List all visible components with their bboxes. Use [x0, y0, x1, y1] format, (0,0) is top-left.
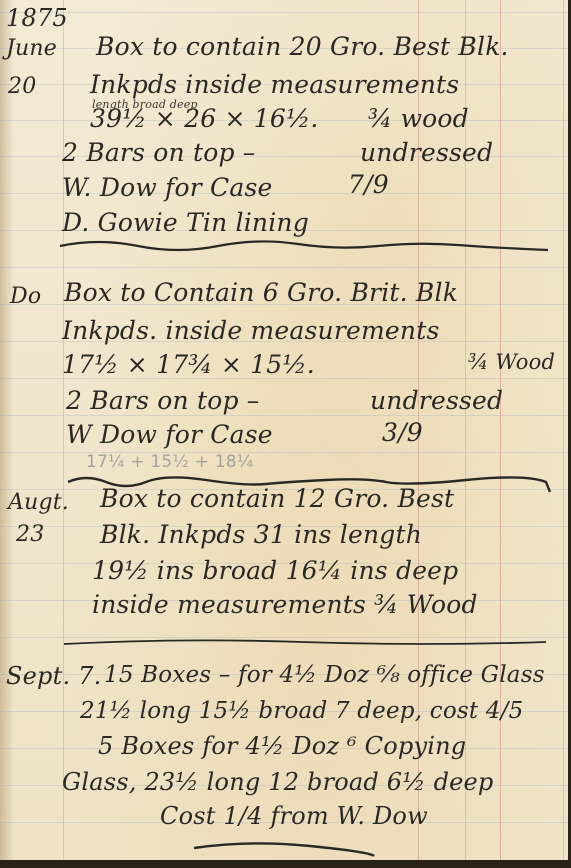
money-column-rule — [500, 0, 501, 860]
entry-separator — [58, 236, 558, 256]
entry-date: Sept. 7. — [6, 662, 101, 690]
ruled-line — [0, 267, 568, 268]
entry-line: 39½ × 26 × 16½. — [90, 104, 319, 133]
ruled-line — [0, 12, 568, 13]
entry-date-month: Augt. — [8, 490, 69, 515]
entry-line: 17½ × 17¾ × 15½. — [62, 350, 315, 379]
entry-cost: 3/9 — [382, 418, 423, 447]
closing-flourish — [190, 840, 380, 860]
entry-line: D. Gowie Tin lining — [62, 208, 309, 237]
entry-line: Glass, 23½ long 12 broad 6½ deep — [62, 768, 494, 796]
entry-line: 15 Boxes – for 4½ Doz ⁶⁄₈ office Glass — [104, 662, 545, 688]
ledger-page: 1875 June 20 Box to contain 20 Gro. Best… — [0, 0, 568, 860]
entry-line: Inkpds inside measurements — [90, 70, 459, 99]
entry-line: Box to Contain 6 Gro. Brit. Blk — [64, 278, 458, 307]
pencil-note: 17¼ + 15½ + 18¼ — [86, 452, 253, 472]
entry-date-day: 20 — [8, 74, 36, 99]
entry-line: 21½ long 15½ broad 7 deep, cost 4/5 — [80, 698, 523, 724]
entry-right-note: undressed — [370, 386, 503, 415]
year-heading: 1875 — [6, 4, 68, 32]
entry-cost: 7/9 — [348, 170, 389, 199]
ruled-line — [0, 415, 568, 416]
entry-line: W Dow for Case — [66, 420, 273, 449]
entry-date-day: 23 — [16, 522, 44, 547]
entry-separator — [62, 636, 552, 650]
entry-line: Cost 1/4 from W. Dow — [160, 802, 428, 830]
entry-date-ditto: Do — [10, 284, 41, 309]
entry-line: Box to contain 12 Gro. Best — [100, 484, 454, 513]
entry-line: Box to contain 20 Gro. Best Blk. — [96, 32, 509, 61]
entry-line: inside measurements ¾ Wood — [92, 590, 478, 619]
entry-line: Inkpds. inside measurements — [62, 316, 439, 345]
entry-line: W. Dow for Case — [62, 173, 273, 202]
margin-rule — [63, 0, 64, 860]
entry-right-note: ¾ wood — [368, 104, 469, 133]
binding-shadow — [0, 0, 14, 860]
entry-line: 19½ ins broad 16¼ ins deep — [92, 556, 458, 585]
entry-line: 2 Bars on top – — [62, 138, 256, 167]
entry-line: 2 Bars on top – — [66, 386, 260, 415]
entry-line: 5 Boxes for 4½ Doz ⁶ Copying — [98, 732, 466, 760]
entry-right-note: undressed — [360, 138, 493, 167]
entry-right-note: ¾ Wood — [468, 350, 555, 374]
money-column-rule — [563, 0, 564, 860]
entry-date-month: June — [6, 36, 57, 61]
entry-line: Blk. Inkpds 31 ins length — [100, 520, 422, 549]
